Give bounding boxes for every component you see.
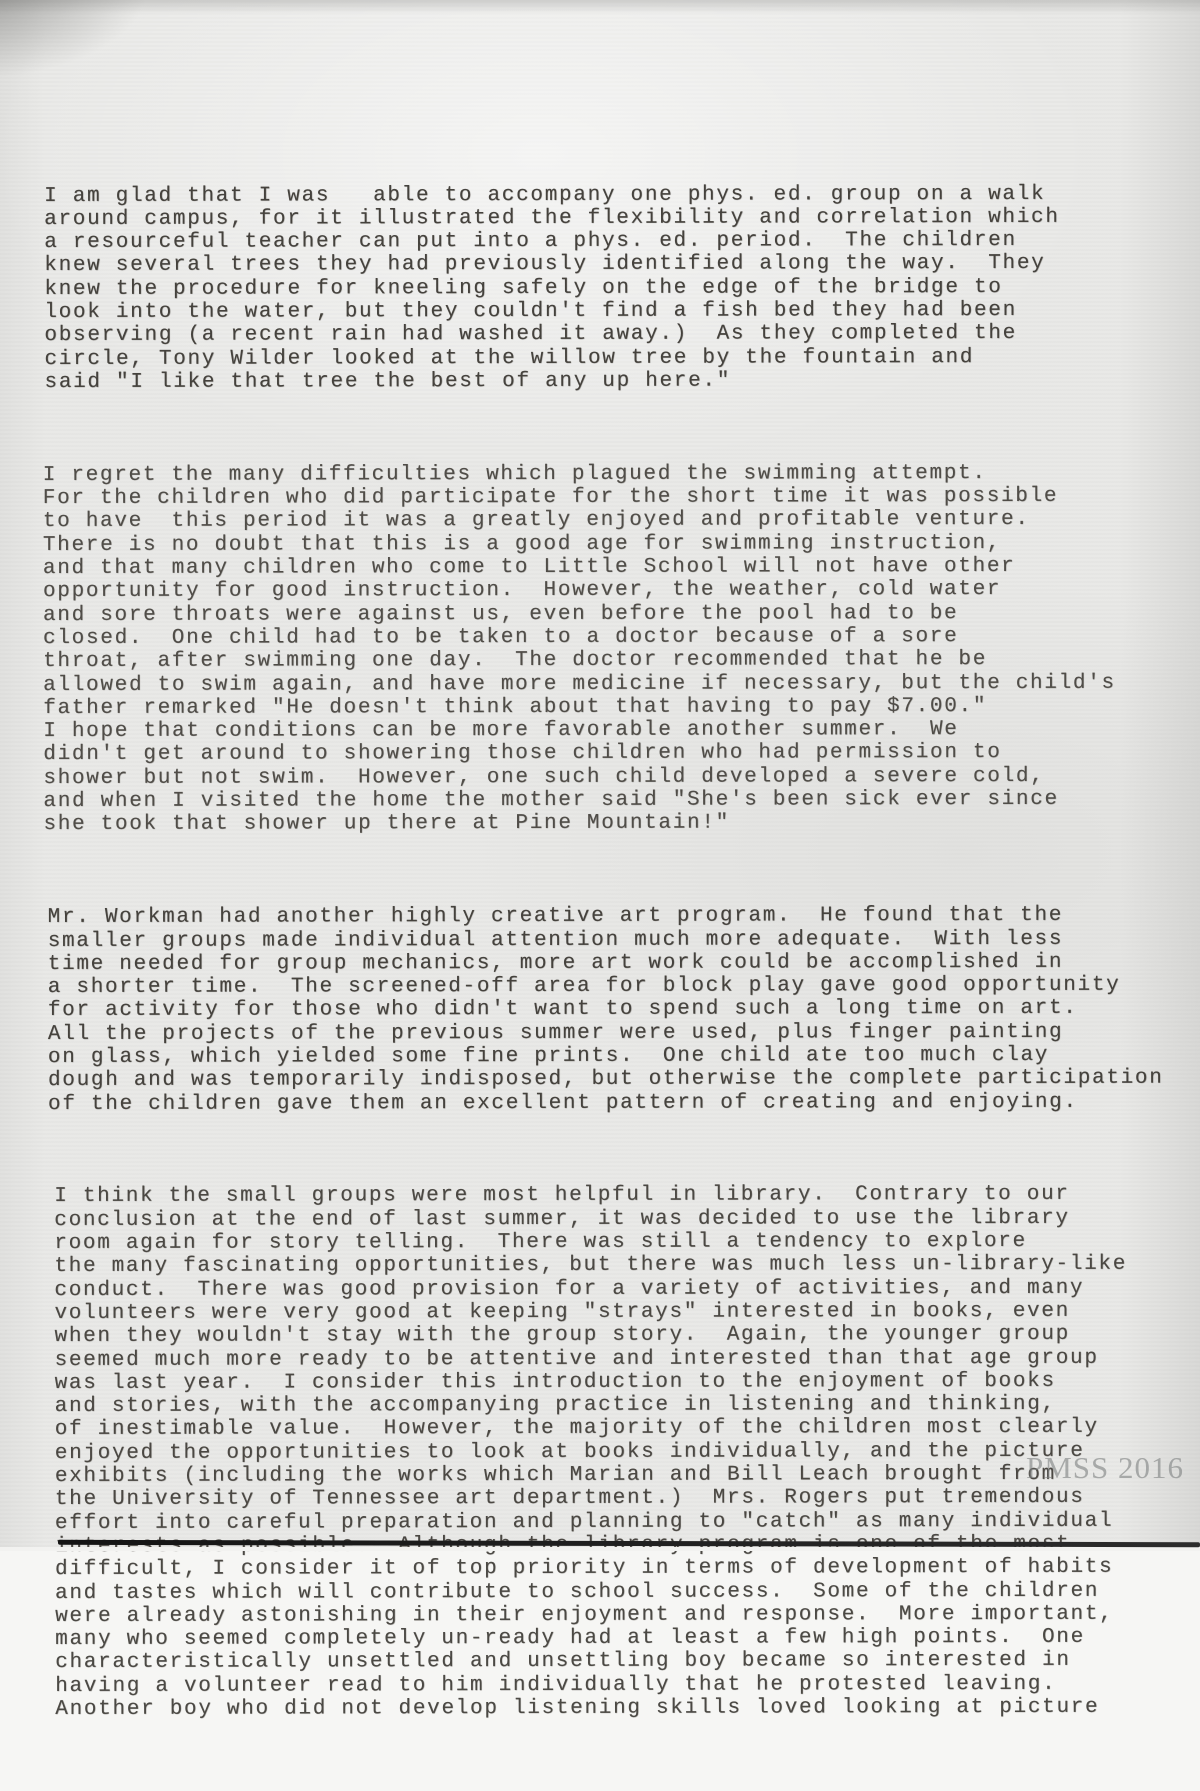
paragraph-art-program: Mr. Workman had another highly creative … [48, 904, 1176, 1116]
typewritten-text: I am glad that I was able to accompany o… [44, 136, 1177, 1551]
scanned-document-page: I am glad that I was able to accompany o… [0, 0, 1200, 1551]
paragraph-library: I think the small groups were most helpf… [54, 1183, 1177, 1551]
page-bottom-paper [0, 1547, 1200, 1551]
paragraph-swimming: I regret the many difficulties which pla… [43, 461, 1176, 836]
watermark: PMSS 2016 [1026, 1450, 1184, 1486]
paragraph-phys-ed-walk: I am glad that I was able to accompany o… [44, 182, 1174, 394]
